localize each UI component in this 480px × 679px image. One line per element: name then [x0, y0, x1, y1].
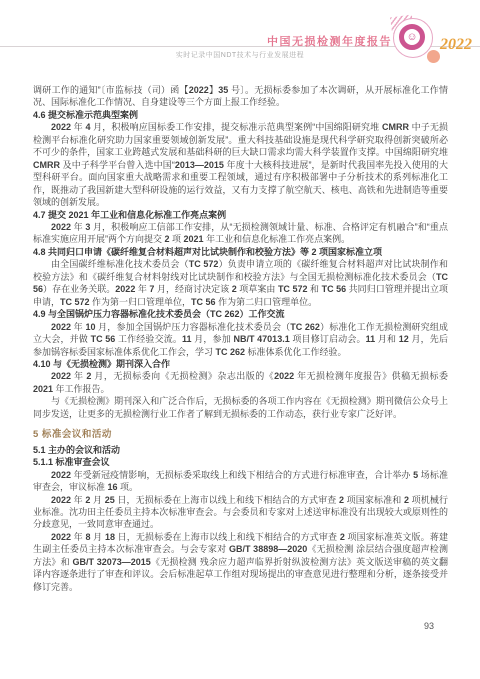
section-heading: 4.8 共同归口申请《碳纤维复合材料超声对比试块制作和校验方法》等 2 项国家标…	[33, 246, 448, 258]
section-heading: 4.9 与全国锅炉压力容器标准化技术委员会（TC 262）工作交流	[33, 308, 448, 320]
logo-ring: ☺	[393, 18, 433, 58]
paragraph: 由全国碳纤维标准化技术委员会（TC 572）负责申请立项的《碳纤维复合材料超声对…	[33, 258, 448, 308]
paragraph: 2022 年 4 月，积极响应国标委工作安排，提交标准示范典型案例“中国绵阳研究…	[33, 121, 448, 208]
section-heading: 5 标准会议和活动	[33, 429, 448, 441]
section-heading: 5.1 主办的会议和活动	[33, 444, 448, 456]
paragraph: 2022 年 3 月，积极响应工信部工作安排，从“无损检测领域计量、标准、合格评…	[33, 221, 448, 246]
section-heading: 4.10 与《无损检测》期刊深入合作	[33, 358, 448, 370]
smiley-emblem-icon: ☺	[406, 32, 417, 43]
paragraph: 与《无损检测》期刊深入和广泛合作后，无损标委的各项工作内容在《无损检测》期刊微信…	[33, 395, 448, 420]
page-header: 中国无损检测年度报告 实时记录中国NDT技术与行业发展进程 ☺ 2022	[0, 0, 480, 72]
logo-emblem-icon: ☺	[399, 24, 425, 50]
section-heading: 5.1.1 标准审查会议	[33, 456, 448, 468]
paragraph: 2022 年 2 月 25 日，无损标委在上海市以线上和线下相结合的方式审查 2…	[33, 494, 448, 531]
paragraph: 2022 年 2 月，无损标委向《无损检测》杂志出版的《2022 年无损检测年度…	[33, 370, 448, 395]
report-page: 中国无损检测年度报告 实时记录中国NDT技术与行业发展进程 ☺ 2022 调研工…	[0, 0, 480, 679]
logo-year: 2022	[440, 36, 472, 54]
paragraph: 调研工作的通知”〔市监标技（司）函【2022】35 号〕。无损标委参加了本次调研…	[33, 84, 448, 109]
logo-dot-decoration	[427, 50, 440, 63]
paragraph: 2022 年受新冠疫情影响，无损标委采取线上和线下相结合的方式进行标准审查，合计…	[33, 469, 448, 494]
paragraph: 2022 年 10 月，参加全国锅炉压力容器标准化技术委员会（TC 262）标准…	[33, 321, 448, 358]
paragraph: 2022 年 8 月 18 日，无损标委在上海市以线上和线下相结合的方式审查 2…	[33, 531, 448, 593]
content: 调研工作的通知”〔市监标技（司）函【2022】35 号〕。无损标委参加了本次调研…	[33, 84, 448, 593]
section-heading: 4.6 提交标准示范典型案例	[33, 109, 448, 121]
report-logo: ☺ 2022	[385, 14, 480, 66]
section-heading: 4.7 提交 2021 年工业和信息化标准工作亮点案例	[33, 209, 448, 221]
report-title: 中国无损检测年度报告	[267, 33, 392, 49]
page-number: 93	[424, 621, 434, 631]
